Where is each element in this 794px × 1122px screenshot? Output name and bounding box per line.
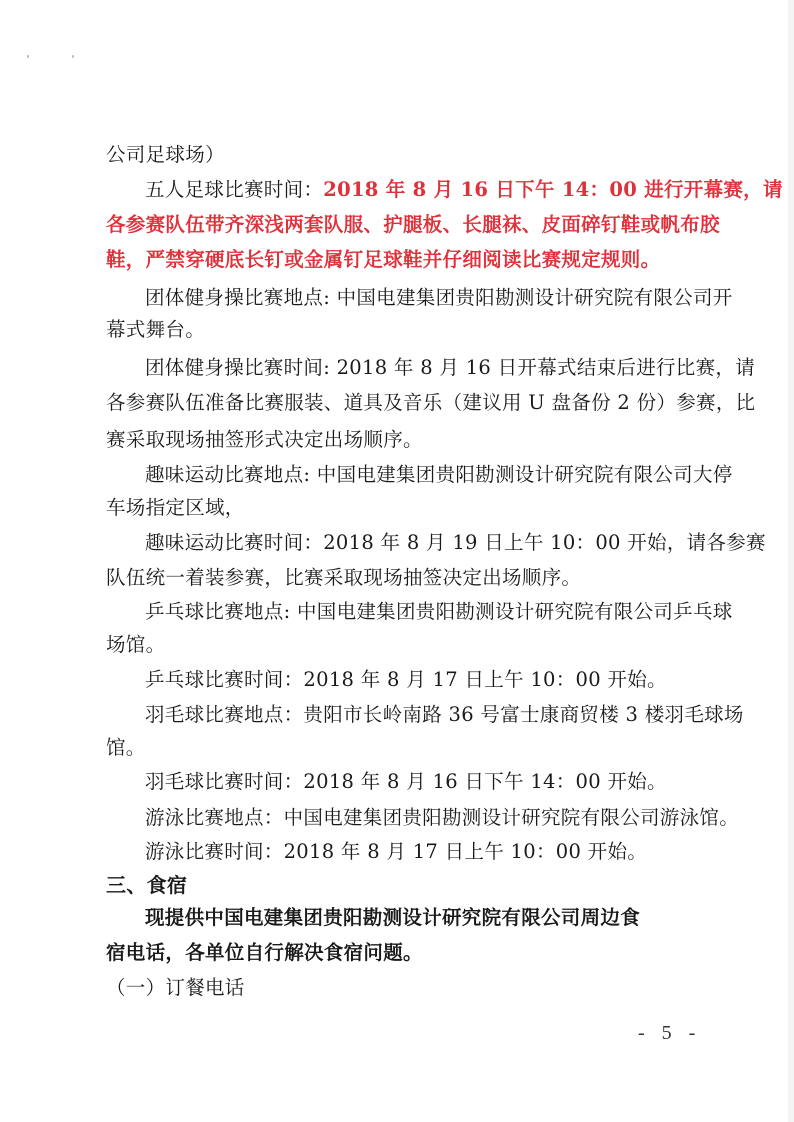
aerobics-time-cont: 各参赛队伍准备比赛服装、道具及音乐（建议用 U 盘备份 2 份）参赛，比 <box>106 391 755 415</box>
badminton-location-line: 羽毛球比赛地点：贵阳市长岭南路 36 号富士康商贸楼 3 楼羽毛球场 <box>145 703 744 727</box>
badminton-time-line: 羽毛球比赛时间：2018 年 8 月 16 日下午 14：00 开始。 <box>145 770 667 794</box>
section-heading: 三、食宿 <box>106 873 187 897</box>
fun-sports-time-cont: 队伍统一着装参赛，比赛采取现场抽签决定出场顺序。 <box>106 566 581 590</box>
aerobics-location-line: 团体健身操比赛地点: 中国电建集团贵阳勘测设计研究院有限公司开 <box>145 286 733 310</box>
pingpong-location-cont: 场馆。 <box>106 633 165 657</box>
football-requirement-line: 各参赛队伍带齐深浅两套队服、护腿板、长腿袜、皮面碎钉鞋或帆布胶 <box>106 213 720 237</box>
pingpong-location-line: 乒乓球比赛地点: 中国电建集团贵阳勘测设计研究院有限公司乒乓球 <box>145 600 733 624</box>
subsection-heading: （一）订餐电话 <box>106 976 245 1000</box>
scan-speck <box>72 55 74 58</box>
football-time-highlight: 2018 年 8 月 16 日下午 14：00 进行开幕赛，请 <box>323 178 783 201</box>
fun-sports-time-line: 趣味运动比赛时间：2018 年 8 月 19 日上午 10：00 开始，请各参赛 <box>145 531 766 555</box>
fun-sports-location-line: 趣味运动比赛地点: 中国电建集团贵阳勘测设计研究院有限公司大停 <box>145 463 733 487</box>
aerobics-time-cont: 赛采取现场抽签形式决定出场顺序。 <box>106 428 423 452</box>
document-page: 公司足球场） 五人足球比赛时间：2018 年 8 月 16 日下午 14：00 … <box>0 0 794 1122</box>
fun-sports-location-cont: 车场指定区域， <box>106 496 245 520</box>
badminton-location-cont: 馆。 <box>106 736 146 760</box>
swimming-time-line: 游泳比赛时间：2018 年 8 月 17 日上午 10：00 开始。 <box>145 840 647 864</box>
page-number: - 5 - <box>638 1022 701 1045</box>
scan-edge <box>788 0 794 1122</box>
swimming-location-line: 游泳比赛地点：中国电建集团贵阳勘测设计研究院有限公司游泳馆。 <box>145 806 739 830</box>
football-requirement-line: 鞋，严禁穿硬底长钉或金属钉足球鞋并仔细阅读比赛规定规则。 <box>106 248 660 272</box>
aerobics-time-line: 团体健身操比赛时间: 2018 年 8 月 16 日开幕式结束后进行比赛，请 <box>145 356 755 380</box>
aerobics-location-cont: 幕式舞台。 <box>106 318 205 342</box>
text-line: 公司足球场） <box>106 143 225 167</box>
football-time-label: 五人足球比赛时间： <box>145 178 323 201</box>
scan-speck <box>27 55 29 58</box>
pingpong-time-line: 乒乓球比赛时间：2018 年 8 月 17 日上午 10：00 开始。 <box>145 668 667 692</box>
football-time-line: 五人足球比赛时间：2018 年 8 月 16 日下午 14：00 进行开幕赛，请 <box>145 178 783 202</box>
lodging-paragraph-cont: 宿电话，各单位自行解决食宿问题。 <box>106 941 423 965</box>
lodging-paragraph: 现提供中国电建集团贵阳勘测设计研究院有限公司周边食 <box>145 906 640 930</box>
